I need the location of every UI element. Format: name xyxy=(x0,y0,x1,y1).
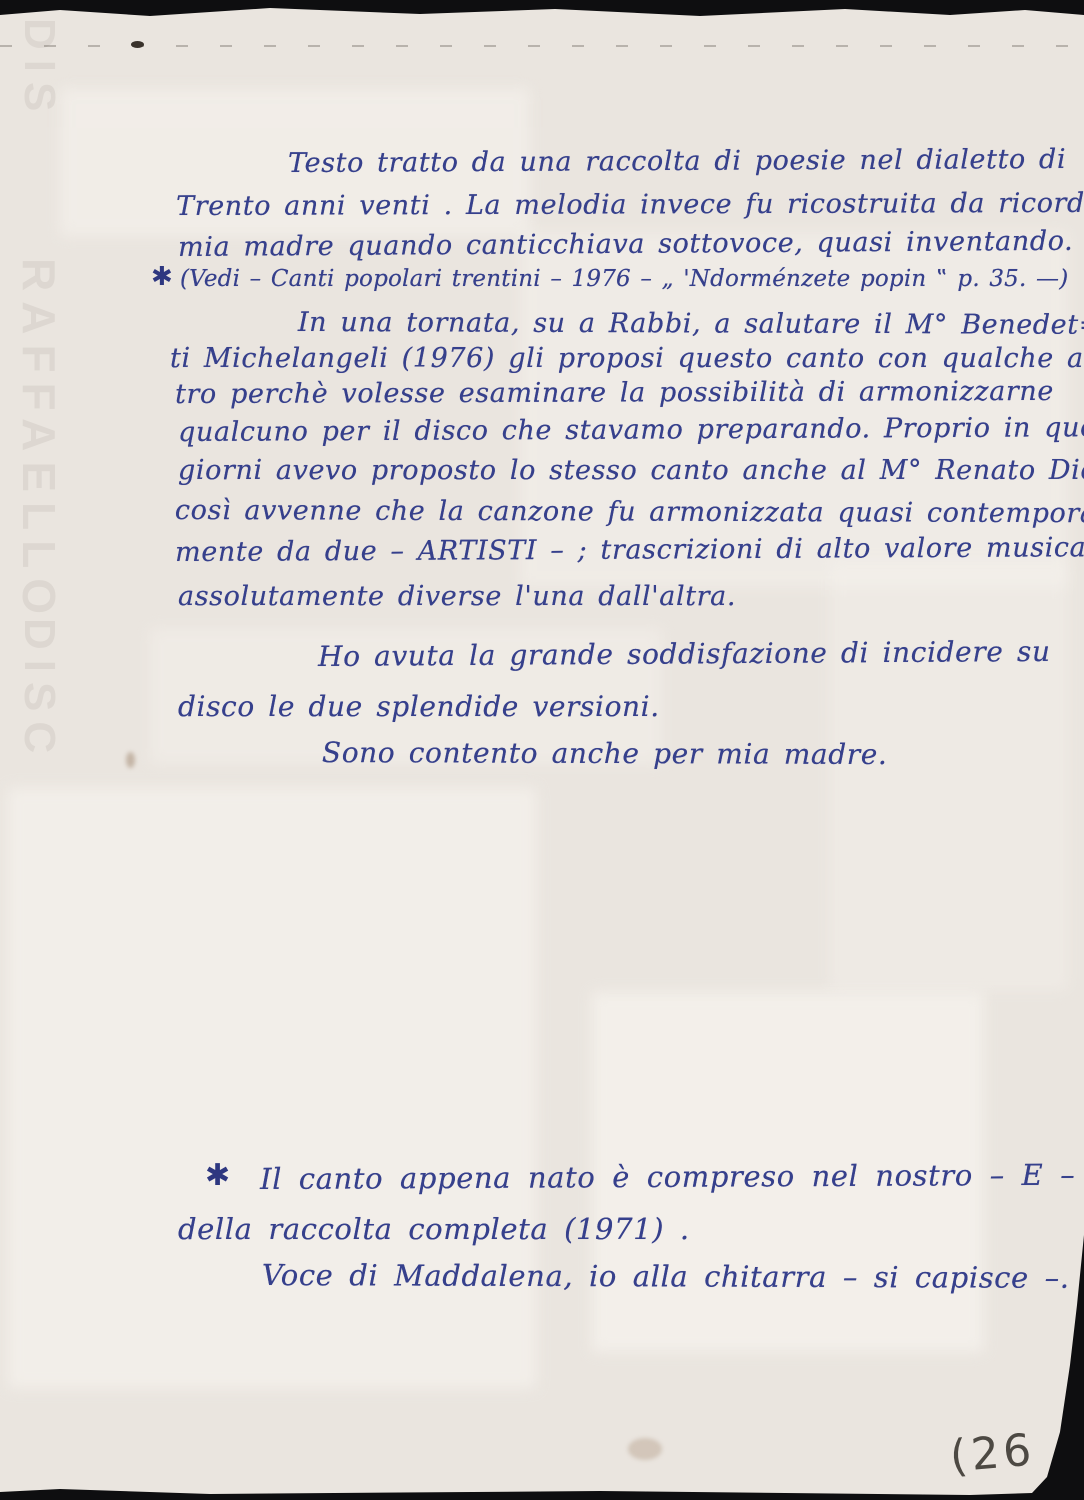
handwritten-line-18: Voce di Maddalena, io alla chitarra – si… xyxy=(262,1258,1070,1295)
left-edge-embossed-text-middle: RAFFAELLO xyxy=(12,258,66,624)
handwritten-line-14: disco le due splendide versioni. xyxy=(178,690,660,723)
left-edge-embossed-text-bottom: DISC xyxy=(14,618,64,763)
stain-smudge xyxy=(126,752,135,768)
footnote-star-icon: ✱ xyxy=(205,1158,230,1193)
handwritten-line-04: (Vedi – Canti popolari trentini – 1976 –… xyxy=(180,266,1068,292)
handwritten-line-13: Ho avuta la grande soddisfazione di inci… xyxy=(318,635,1051,673)
handwritten-line-12: assolutamente diverse l'una dall'altra. xyxy=(178,581,736,612)
fold-crease-line xyxy=(0,45,1084,47)
handwritten-line-09: giorni avevo proposto lo stesso canto an… xyxy=(178,455,1084,486)
crease-speck xyxy=(131,41,144,48)
handwritten-line-02: Trento anni venti . La melodia invece fu… xyxy=(176,188,1084,222)
page: DIS RAFFAELLO DISC Testo tratto da una r… xyxy=(0,0,1084,1500)
paper-patch xyxy=(8,788,536,1388)
page-number: (26 xyxy=(948,1424,1037,1482)
paper-patch xyxy=(830,560,1068,990)
footnote-star-icon: ✱ xyxy=(151,262,173,292)
handwritten-line-05: In una tornata, su a Rabbi, a salutare i… xyxy=(298,307,1084,341)
handwritten-line-03: mia madre quando canticchiava sottovoce,… xyxy=(178,226,1073,263)
handwritten-line-11: mente da due – ARTISTI – ; trascrizioni … xyxy=(175,532,1084,568)
scan-frame: DIS RAFFAELLO DISC Testo tratto da una r… xyxy=(0,0,1084,1500)
handwritten-line-17: della raccolta completa (1971) . xyxy=(178,1212,690,1246)
stain-smudge xyxy=(628,1438,662,1460)
handwritten-line-06: ti Michelangeli (1976) gli proposi quest… xyxy=(170,343,1084,374)
handwritten-line-08: qualcuno per il disco che stavamo prepar… xyxy=(178,412,1084,448)
handwritten-line-16: Il canto appena nato è compreso nel nost… xyxy=(260,1158,1075,1196)
handwritten-line-07: tro perchè volesse esaminare la possibil… xyxy=(175,376,1054,410)
left-edge-embossed-text-top: DIS xyxy=(14,18,64,121)
handwritten-line-10: così avvenne che la canzone fu armonizza… xyxy=(175,495,1084,529)
handwritten-line-15: Sono contento anche per mia madre. xyxy=(322,736,888,771)
handwritten-line-01: Testo tratto da una raccolta di poesie n… xyxy=(288,144,1066,179)
